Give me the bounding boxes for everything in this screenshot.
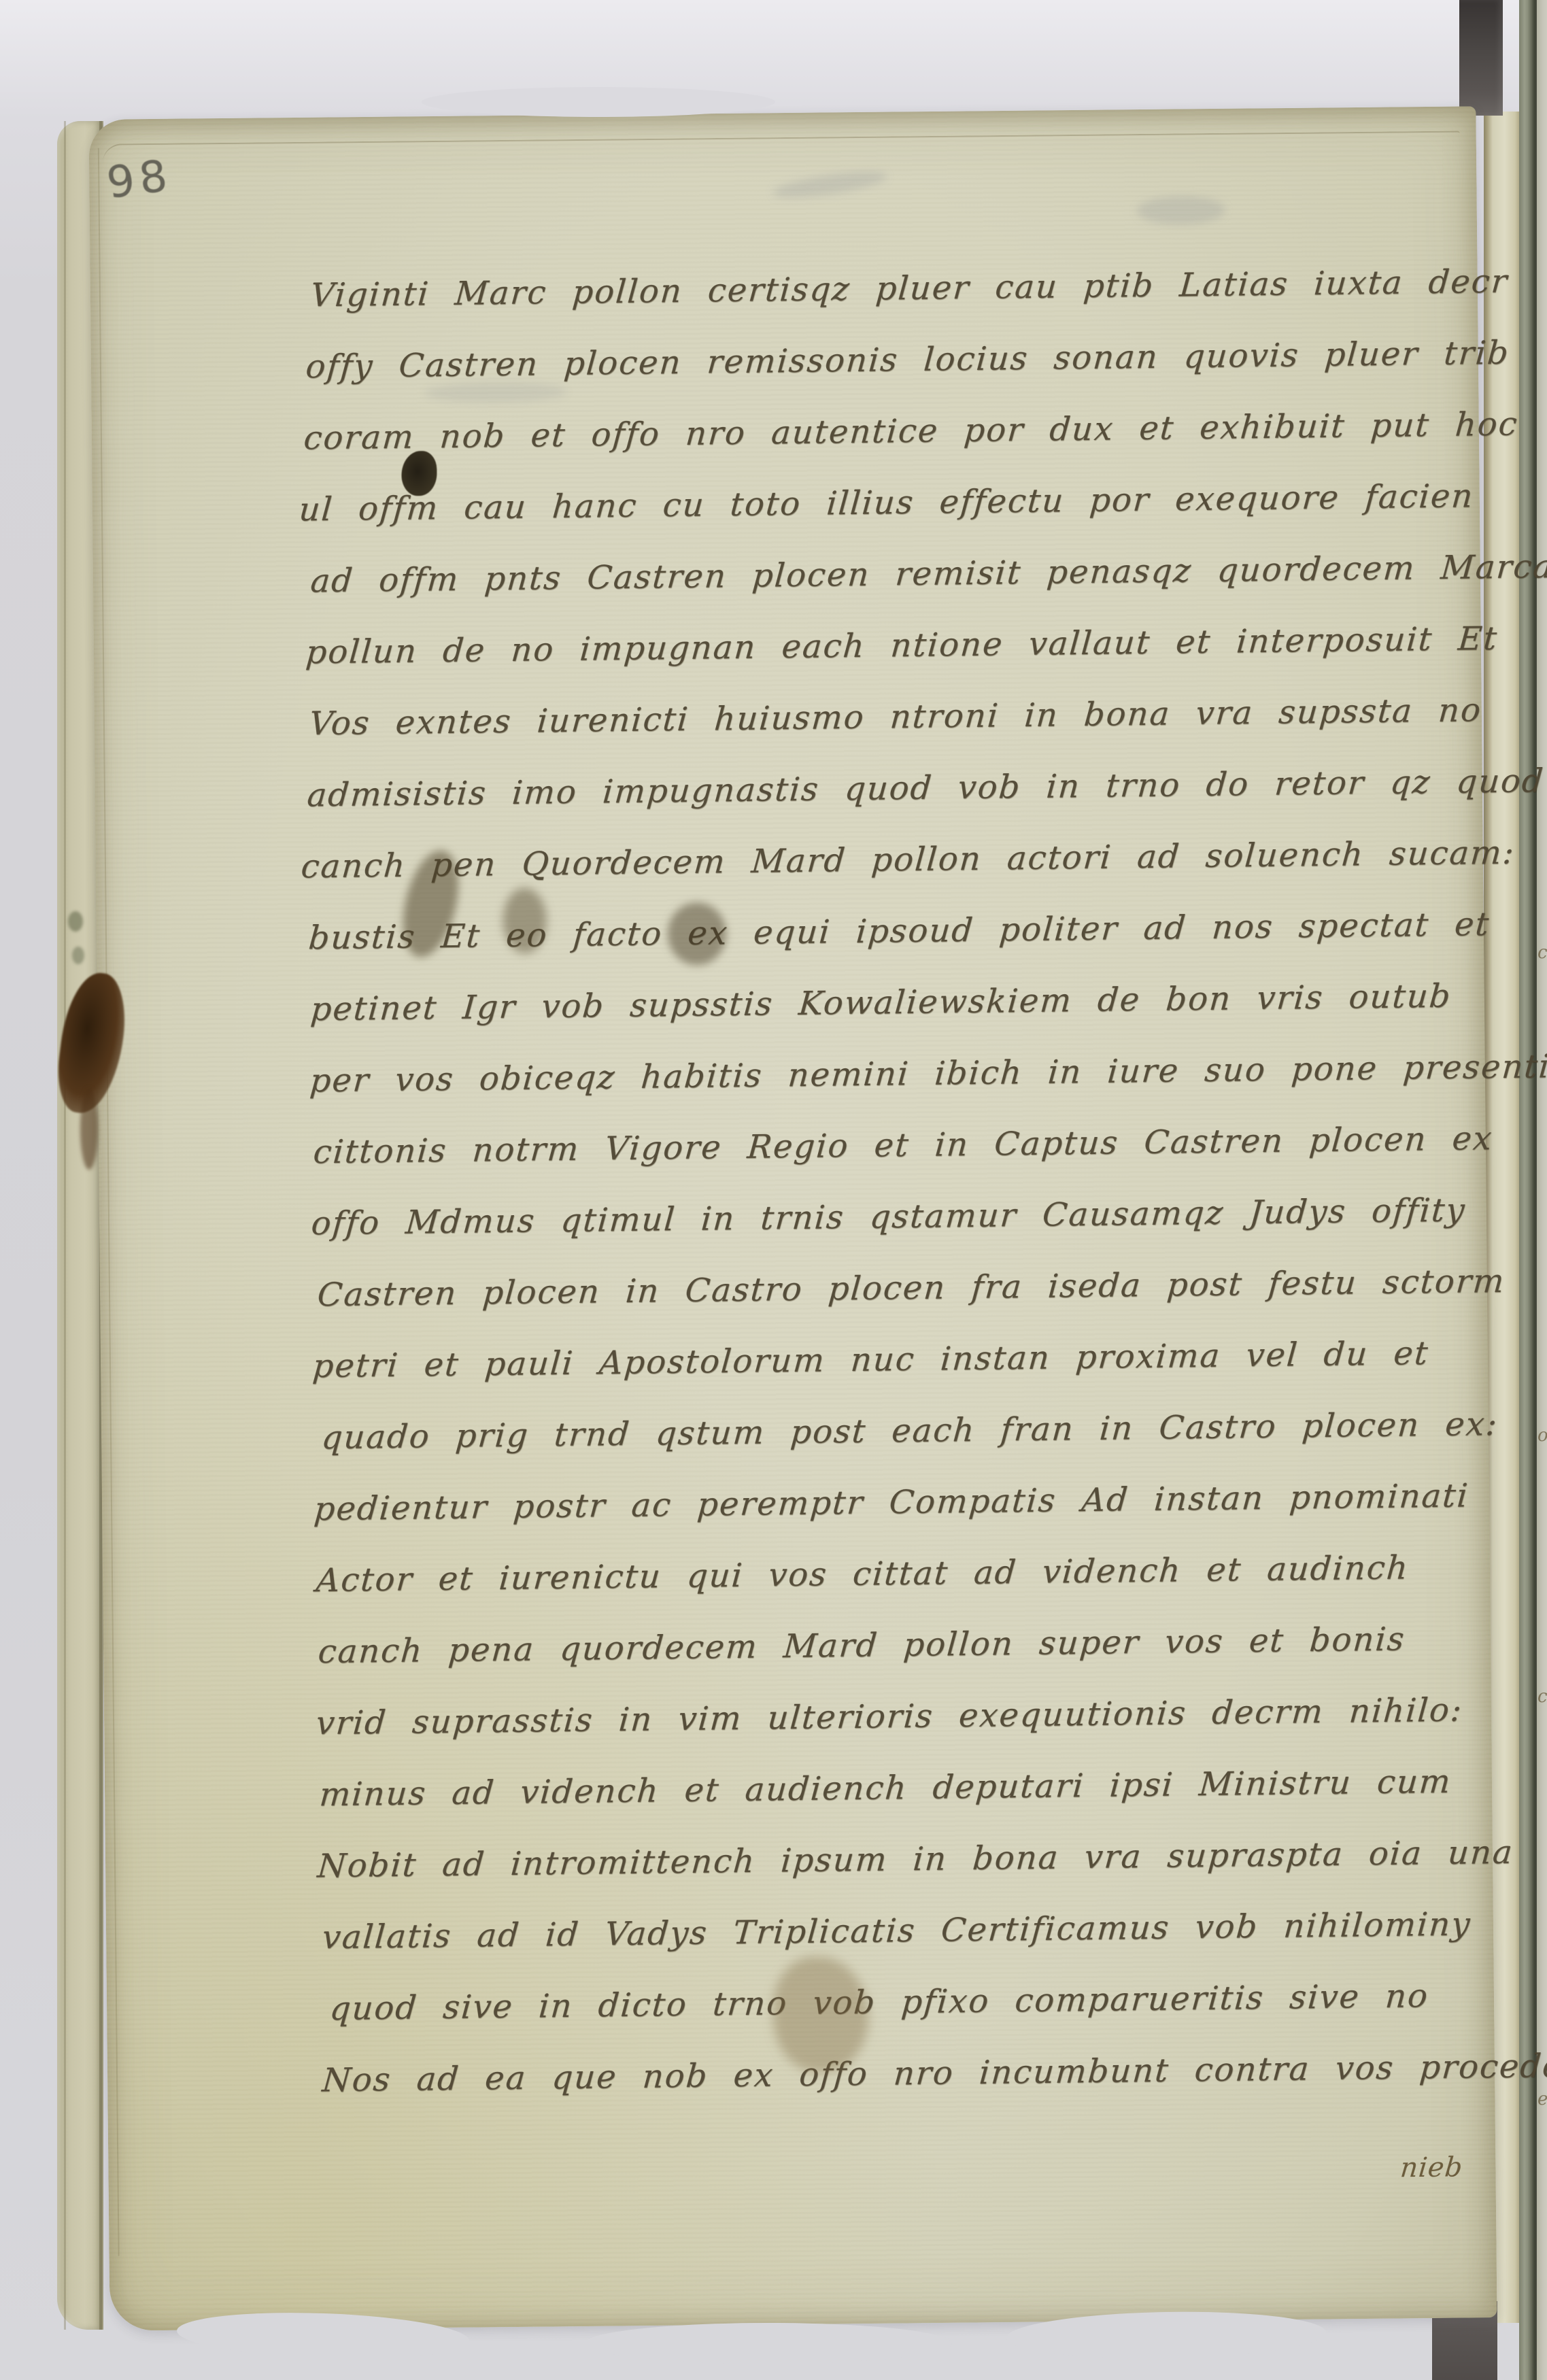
manuscript-line: offo Mdmus qtimul in trnis qstamur Causa… bbox=[310, 1191, 1467, 1243]
page-edge-irregularity bbox=[422, 87, 775, 117]
catchword: nieb bbox=[1399, 2152, 1464, 2184]
binding-spot bbox=[68, 911, 83, 932]
binding-stain-tail bbox=[80, 1088, 98, 1170]
manuscript-line: coram nob et offo nro autentice por dux … bbox=[303, 405, 1520, 458]
next-page-ink-speck: c bbox=[1537, 1686, 1547, 1707]
manuscript-line: Vos exntes iurenicti huiusmo ntroni in b… bbox=[308, 691, 1483, 743]
manuscript-photo: coce 98 Viginti Marc pollon certisqz plu… bbox=[0, 0, 1547, 2380]
manuscript-line: Nobit ad intromittench ipsum in bona vra… bbox=[316, 1833, 1515, 1886]
manuscript-line: Actor et iurenictu qui vos cittat ad vid… bbox=[315, 1549, 1410, 1600]
manuscript-line: petri et pauli Apostolorum nuc instan pr… bbox=[311, 1334, 1431, 1385]
manuscript-line: bustis Et eo facto ex equi ipsoud polite… bbox=[307, 905, 1491, 957]
manuscript-line: pedientur postr ac peremptr Compatis Ad … bbox=[313, 1477, 1470, 1529]
ink-smudge bbox=[503, 887, 547, 953]
ink-smudge bbox=[668, 902, 727, 966]
manuscript-line: ul offm cau hanc cu toto illius effectu … bbox=[298, 477, 1476, 529]
manuscript-line: quado prig trnd qstum post each fran in … bbox=[320, 1405, 1499, 1457]
manuscript-line: vrid suprasstis in vim ulterioris exequu… bbox=[315, 1691, 1464, 1743]
manuscript-line: offy Castren plocen remissonis locius so… bbox=[305, 334, 1511, 386]
next-page-ink-speck: e bbox=[1537, 2089, 1547, 2109]
glass-rod-weight bbox=[1519, 0, 1538, 2380]
manuscript-line: ad offm pnts Castren plocen remisit pena… bbox=[309, 547, 1547, 600]
book-clamp-top bbox=[1459, 0, 1503, 116]
binding-spot bbox=[72, 947, 84, 964]
manuscript-line: Viginti Marc pollon certisqz pluer cau p… bbox=[309, 262, 1510, 315]
manuscript-line: cittonis notrm Vigore Regio et in Captus… bbox=[312, 1119, 1495, 1171]
manuscript-page: 98 Viginti Marc pollon certisqz pluer ca… bbox=[88, 106, 1497, 2330]
manuscript-line: quod sive in dicto trno vob pfixo compar… bbox=[328, 1977, 1430, 2028]
manuscript-line: canch pen Quordecem Mard pollon actori a… bbox=[300, 834, 1516, 886]
manuscript-line: admisistis imo impugnastis quod vob in t… bbox=[306, 762, 1546, 814]
manuscript-line: Castren plocen in Castro plocen fra ised… bbox=[316, 1262, 1507, 1314]
next-page-ink-speck: c bbox=[1537, 942, 1547, 963]
manuscript-line: minus ad vidench et audiench deputari ip… bbox=[318, 1763, 1453, 1814]
manuscript-line: pollun de no impugnan each ntione vallau… bbox=[305, 619, 1499, 672]
manuscript-line: Nos ad ea que nob ex offo nro incumbunt … bbox=[321, 2047, 1547, 2100]
next-page-sliver: coce bbox=[1537, 0, 1547, 2380]
manuscript-line: per vos obiceqz habitis nemini ibich in … bbox=[309, 1047, 1547, 1100]
next-page-ink-speck: o bbox=[1537, 1425, 1547, 1446]
manuscript-line: petinet Igr vob supsstis Kowaliewskiem d… bbox=[309, 977, 1453, 1029]
manuscript-line: canch pena quordecem Mard pollon super v… bbox=[317, 1620, 1407, 1671]
ink-blot bbox=[401, 451, 437, 496]
page-edge-irregularity bbox=[585, 2323, 952, 2364]
manuscript-line: vallatis ad id Vadys Triplicatis Certifi… bbox=[321, 1905, 1473, 1957]
